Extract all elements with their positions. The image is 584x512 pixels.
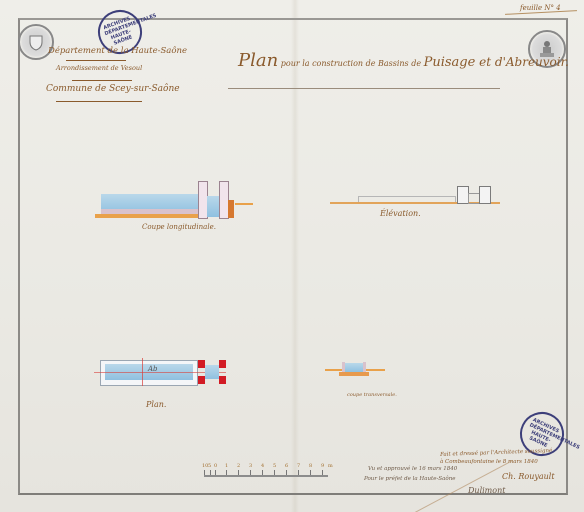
plan-pillar-bl bbox=[198, 376, 205, 384]
scale-bar: 10 5 0 1 2 3 4 5 6 7 8 9 m bbox=[204, 475, 328, 477]
plan-pillar-tl bbox=[198, 360, 205, 368]
plan-section-line bbox=[142, 358, 143, 386]
scale-tick bbox=[238, 470, 239, 475]
transverse-section-drawing bbox=[325, 360, 385, 380]
elevation-drawing bbox=[330, 180, 500, 210]
departement-label: Département de la Haute-Saône bbox=[48, 46, 187, 56]
scale-tick bbox=[262, 470, 263, 475]
commune-label: Commune de Scey-sur-Saône bbox=[46, 84, 180, 94]
plan-caption: Plan. bbox=[146, 400, 166, 409]
elevation-basin bbox=[358, 196, 456, 202]
title-emph: Puisage bbox=[424, 55, 476, 70]
transverse-water bbox=[345, 363, 363, 372]
scale-label: 5 bbox=[208, 463, 211, 469]
title-rule bbox=[228, 88, 500, 89]
basin-wall bbox=[101, 209, 205, 214]
scale-label: 5 bbox=[273, 463, 276, 469]
longitudinal-section-drawing bbox=[95, 178, 255, 228]
shield-icon bbox=[27, 33, 45, 51]
header-rule-1 bbox=[66, 60, 126, 61]
certification-line-2: à Combeaufontaine le 8 mars 1840 bbox=[440, 459, 538, 465]
title-lead: Plan bbox=[238, 50, 278, 71]
plan-drawing: Ab bbox=[100, 358, 230, 388]
title-tail: et d'Abreuvoir. bbox=[475, 55, 569, 69]
elevation-caption: Élévation. bbox=[380, 209, 421, 218]
scale-tick bbox=[274, 470, 275, 475]
plan-well bbox=[205, 365, 219, 379]
plan-pillar-tr bbox=[219, 360, 226, 368]
scale-tick bbox=[298, 470, 299, 475]
architect-signature: Ch. Rouyault bbox=[502, 472, 555, 481]
plan-title: Plan pour la construction de Bassins de … bbox=[238, 50, 569, 71]
elevation-pillar-right bbox=[479, 186, 491, 204]
transverse-section-caption: coupe transversale. bbox=[347, 392, 397, 398]
ground-line bbox=[95, 214, 205, 218]
scale-tick bbox=[215, 470, 216, 475]
scale-label: 6 bbox=[285, 463, 288, 469]
scale-tick bbox=[310, 470, 311, 475]
plan-marker: Ab bbox=[148, 365, 158, 373]
scale-label: 3 bbox=[249, 463, 252, 469]
scale-tick bbox=[286, 470, 287, 475]
header-rule-2 bbox=[72, 80, 132, 81]
scale-label: 2 bbox=[237, 463, 240, 469]
archival-drawing-sheet: feuille N° 4 ARCHIVES DÉPARTEMENTALES HA… bbox=[0, 0, 584, 512]
header-rule-3 bbox=[56, 101, 142, 102]
scale-label: 4 bbox=[261, 463, 264, 469]
approval-line-1: Vu et approuvé le 16 mars 1840 bbox=[368, 466, 457, 472]
longitudinal-section-caption: Coupe longitudinale. bbox=[142, 223, 216, 231]
scale-unit: m bbox=[328, 463, 333, 469]
scale-tick bbox=[322, 470, 323, 475]
arrondissement-label: Arrondissement de Vesoul bbox=[56, 64, 142, 72]
scale-tick bbox=[210, 470, 211, 475]
title-rest: pour la construction de Bassins de bbox=[281, 59, 424, 68]
scale-tick bbox=[226, 470, 227, 475]
scale-tick bbox=[250, 470, 251, 475]
scale-tick bbox=[204, 470, 205, 475]
scale-label: 7 bbox=[297, 463, 300, 469]
transverse-base bbox=[339, 372, 369, 376]
official-signature: Dulimont bbox=[468, 486, 505, 495]
ground-right bbox=[235, 203, 253, 205]
scale-label: 8 bbox=[309, 463, 312, 469]
plan-pillar-br bbox=[219, 376, 226, 384]
scale-label: 0 bbox=[214, 463, 217, 469]
masonry-right bbox=[228, 200, 234, 218]
scale-label: 1 bbox=[225, 463, 228, 469]
approval-line-2: Pour le préfet de la Haute-Saône bbox=[364, 476, 456, 482]
scale-label: 9 bbox=[321, 463, 324, 469]
